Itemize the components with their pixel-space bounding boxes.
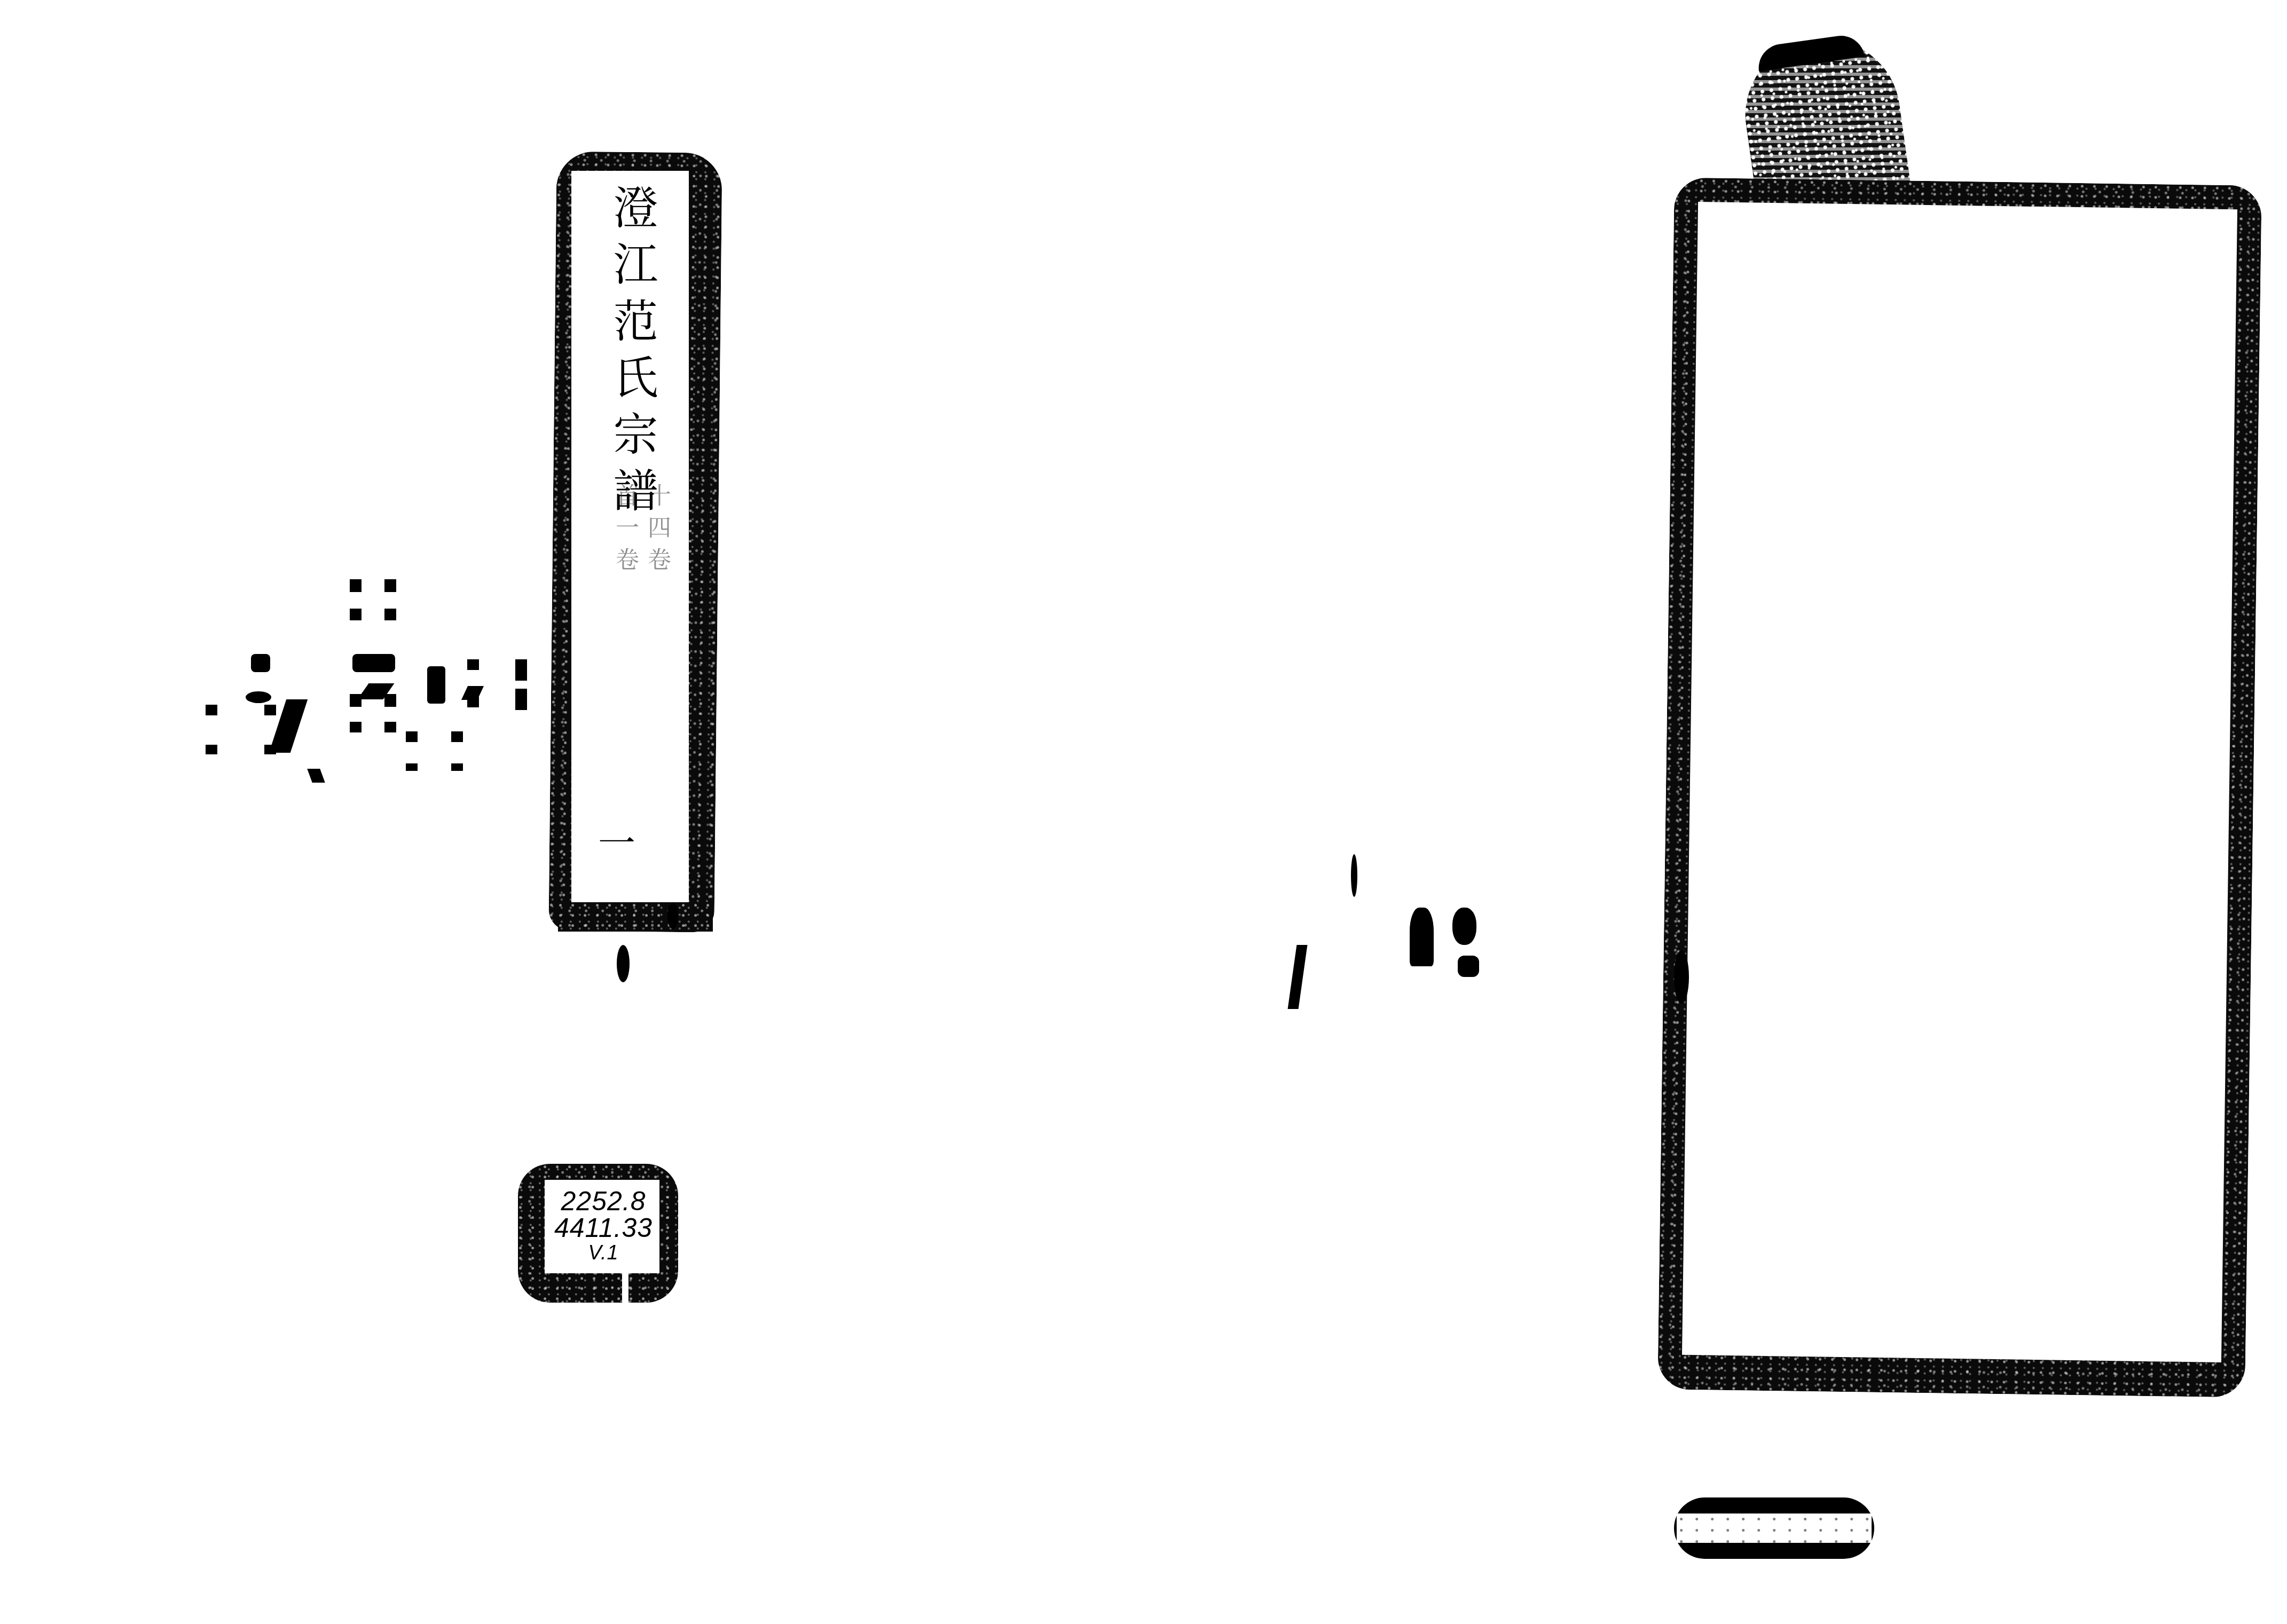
watermark-fragment	[515, 689, 527, 710]
watermark-fragment	[352, 654, 395, 672]
watermark-fragment	[406, 731, 418, 742]
watermark-fragment	[461, 686, 484, 700]
watermark-fragment	[384, 579, 396, 592]
subtitle-line: 首一卷	[611, 483, 639, 579]
watermark-fragment	[264, 705, 276, 715]
watermark-fragment	[1674, 950, 1689, 1004]
watermark-fragment	[451, 763, 463, 771]
bottom-mark-band	[1677, 1513, 1872, 1543]
watermark-fragment	[1458, 956, 1479, 977]
call-number-line: 4411.33	[550, 1215, 657, 1241]
watermark-fragment	[350, 609, 361, 620]
watermark-fragment	[406, 763, 418, 771]
book-title: 澄江范氏宗譜	[598, 184, 662, 524]
subtitle-line: 十四卷	[643, 483, 671, 579]
book-subtitle: 十四卷 首一卷	[593, 483, 673, 590]
blank-label-area	[1682, 202, 2237, 1362]
watermark-fragment	[206, 705, 217, 715]
watermark-fragment	[307, 769, 325, 783]
watermark-fragment	[246, 691, 271, 703]
call-number-line: V.1	[550, 1241, 657, 1265]
watermark-fragment	[350, 579, 361, 592]
watermark-fragment	[451, 731, 463, 742]
watermark-fragment	[251, 654, 270, 672]
watermark-fragment	[467, 659, 479, 670]
watermark-fragment	[384, 722, 396, 732]
watermark-fragment	[515, 659, 527, 681]
watermark-fragment	[384, 609, 396, 620]
watermark-fragment	[1452, 908, 1476, 945]
call-number-notch	[622, 1271, 628, 1308]
watermark-fragment	[384, 694, 396, 707]
call-number-line: 2252.8	[550, 1188, 657, 1215]
watermark-fragment	[427, 666, 445, 704]
call-number-label: 2252.8 4411.33 V.1	[550, 1188, 657, 1265]
watermark-fragment	[206, 745, 217, 754]
watermark-fragment	[350, 722, 361, 732]
watermark-text: FamilySearch	[278, 833, 1449, 1036]
